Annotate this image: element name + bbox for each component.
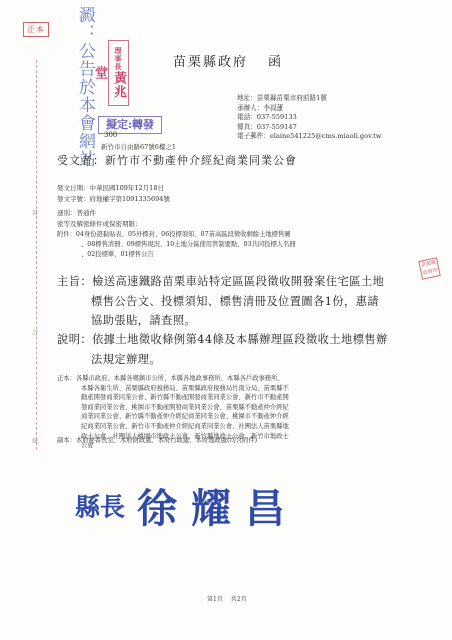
cc-line: 本縣各衛生所、苗栗縣政府稅務局、苗栗縣政府稅務局竹南分局、苗栗縣不 — [57, 384, 377, 394]
page-current: 第1頁 — [207, 596, 223, 603]
cc-line: 動產開發商業同業公會、新竹縣不動產開發商業同業公會、新竹市不動產開 — [57, 393, 377, 403]
chairman-stamp-name: 黃兆堂 — [92, 66, 126, 99]
contact-email: 電子郵件：elaine541225@cms.miaoli.gov.tw — [237, 132, 381, 142]
issue-date: 發文日期：中華民國109年12月18日 — [57, 183, 164, 192]
subject-line: 主旨：檢送高速鐵路苗栗車站特定區區段徵收開發案住宅區土地 — [57, 275, 384, 288]
cc-line: 紀商業同業公會、新竹市不動產仲介經紀商業同業公會、社團法人苗栗縣地 — [57, 422, 377, 432]
document-type: 函 — [268, 55, 283, 70]
explanation-line: 法規定辦理。 — [57, 350, 397, 370]
margin-mark-bind: 裝 — [32, 208, 38, 217]
contact-address: 地址：苗栗縣苗栗市府前路1號 — [237, 94, 381, 104]
contact-handler: 承辦人：李叔蓮 — [237, 104, 381, 114]
government-seal: 苗栗縣政府印 — [418, 257, 441, 280]
document-header: 苗栗縣政府函 — [173, 51, 283, 70]
handwritten-note: 澱：公告於本會網站 — [75, 6, 95, 168]
delivery-speed: 速別：普通件 — [57, 208, 96, 217]
binding-line — [36, 60, 37, 450]
page-number: 第1頁共2頁 — [207, 594, 247, 603]
page-total: 共2頁 — [231, 596, 247, 603]
explanation-line: 說明：依據土地徵收條例第44條及本縣辦理區段徵收土地標售辦 — [57, 333, 388, 346]
signature-title: 縣長 — [75, 493, 125, 522]
subject-line: 標售公告文、投標須知、標售清冊及位置圖各1份，惠請 — [57, 292, 397, 312]
chairman-stamp: 理事長黃兆堂 — [108, 40, 129, 106]
margin-mark-staple: 訂 — [32, 328, 38, 337]
contact-fax: 傳真：037-559147 — [237, 123, 381, 133]
signature-stamp: 縣長徐耀昌 — [75, 477, 299, 534]
document-number: 發文字號：府地權字第1091335694號 — [57, 194, 170, 203]
recipient: 受文者：新竹市不動產仲介經紀商業同業公會 — [57, 152, 297, 168]
recipient-postal-code: 300 — [104, 131, 117, 139]
attachments-line: 、08標售清冊、09標售現況、10土地分區使用管制要點、03共同投標人名冊 — [57, 240, 387, 250]
chairman-stamp-title: 理事長 — [114, 47, 123, 71]
subject: 主旨：檢送高速鐵路苗栗車站特定區區段徵收開發案住宅區土地 標售公告文、投標須知、… — [57, 272, 397, 331]
subject-line: 協助張貼，請查照。 — [57, 311, 397, 331]
cc-line: 正本：各縣市政府、本縣各鄉鎮市公所、本縣各地政事務所、本縣各戶政事務所、 — [57, 375, 284, 382]
contact-phone: 電話：037-559133 — [237, 113, 381, 123]
original-copy-stamp: 正本 — [23, 22, 49, 37]
secrecy-level: 密等及解密條件或保密期限： — [57, 219, 142, 228]
margin-mark-line: 線 — [32, 436, 38, 445]
recipient-address: 新竹市自由路67號6樓之1 — [101, 142, 176, 151]
cc-line: 發商業同業公會、桃園市不動產開發商業同業公會、苗栗縣不動產仲介經紀 — [57, 403, 377, 413]
cc-line: 商業同業公會、新竹縣不動產仲介經紀商業同業公會、桃園市不動產仲介經 — [57, 412, 377, 422]
attachments-line: 附件：04身份證黏貼表、05外標封、06投標須知、07苗高區段徵收剩餘土地標售圖 — [57, 231, 291, 238]
attachments-line: 、02投標單、01標售公告 — [57, 250, 387, 260]
explanation: 說明：依據土地徵收條例第44條及本縣辦理區段徵收土地標售辦 法規定辦理。 — [57, 330, 397, 369]
contact-block: 地址：苗栗縣苗栗市府前路1號 承辦人：李叔蓮 電話：037-559133 傳真：… — [237, 94, 381, 142]
issuing-org: 苗栗縣政府 — [173, 55, 248, 70]
copy-recipients: 副本：本府秘書長室、本府財政處、本府行政處、本府地政處(均含附件) — [57, 435, 257, 444]
attachments: 附件：04身份證黏貼表、05外標封、06投標須知、07苗高區段徵收剩餘土地標售圖… — [57, 230, 387, 260]
signature-name: 徐耀昌 — [137, 485, 299, 532]
